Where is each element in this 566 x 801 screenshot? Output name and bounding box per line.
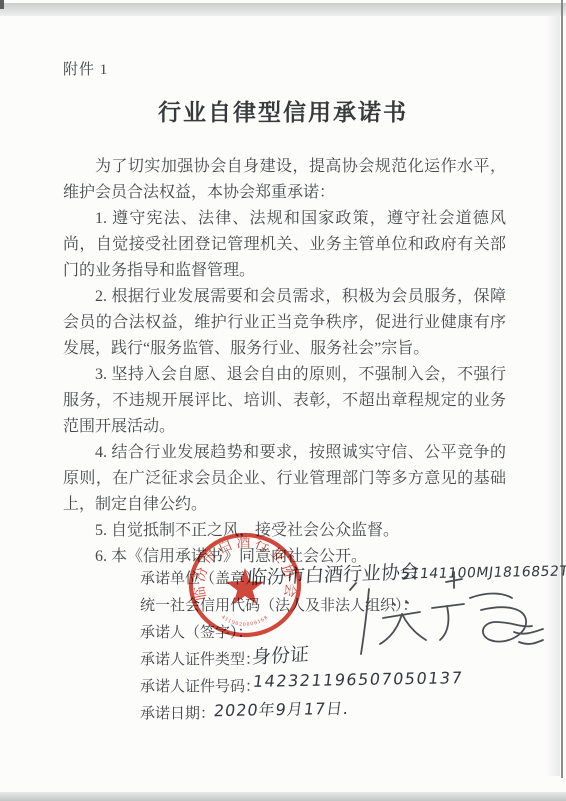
- signature-strokes: [350, 572, 543, 654]
- commitment-item: 4. 结合行业发展趋势和要求，按照诚实守信、公平竞争的原则，在广泛征求会员企业、…: [63, 440, 506, 518]
- scan-artifact-top-band: [0, 3, 566, 16]
- official-seal: 临汾市白酒行业协会 4119020008168: [187, 532, 305, 644]
- scan-artifact-bottom-band: [0, 792, 566, 801]
- scanned-document-page: 附件 1 行业自律型信用承诺书 为了切实加强协会自身建设，提高协会规范化运作水平…: [0, 0, 566, 801]
- commitment-item: 3. 坚持入会自愿、退会自由的原则，不强制入会，不强行服务，不违规开展评比、培训…: [63, 362, 506, 440]
- intro-paragraph: 为了切实加强协会自身建设，提高协会规范化运作水平，维护会员合法权益，本协会郑重承…: [63, 154, 506, 206]
- attachment-label: 附件 1: [63, 58, 108, 79]
- scan-artifact-corner-speck: [0, 0, 4, 9]
- handwritten-date: 2020年9月17日.: [213, 696, 351, 721]
- seal-serial-number: 4119020008168: [220, 614, 270, 628]
- handwritten-id-number: 142321196507050137: [252, 668, 465, 691]
- commitment-item: 1. 遵守宪法、法律、法规和国家政策，遵守社会道德风尚，自觉接受社团登记管理机关…: [63, 206, 506, 284]
- commitment-item: 2. 根据行业发展需要和会员需求，积极为会员服务，保障会员的合法权益，维护行业正…: [63, 284, 506, 362]
- seal-star-icon: [226, 568, 264, 604]
- handwritten-signature-scribble: [336, 570, 550, 666]
- document-body: 为了切实加强协会自身建设，提高协会规范化运作水平，维护会员合法权益，本协会郑重承…: [63, 154, 506, 570]
- document-title: 行业自律型信用承诺书: [0, 94, 566, 127]
